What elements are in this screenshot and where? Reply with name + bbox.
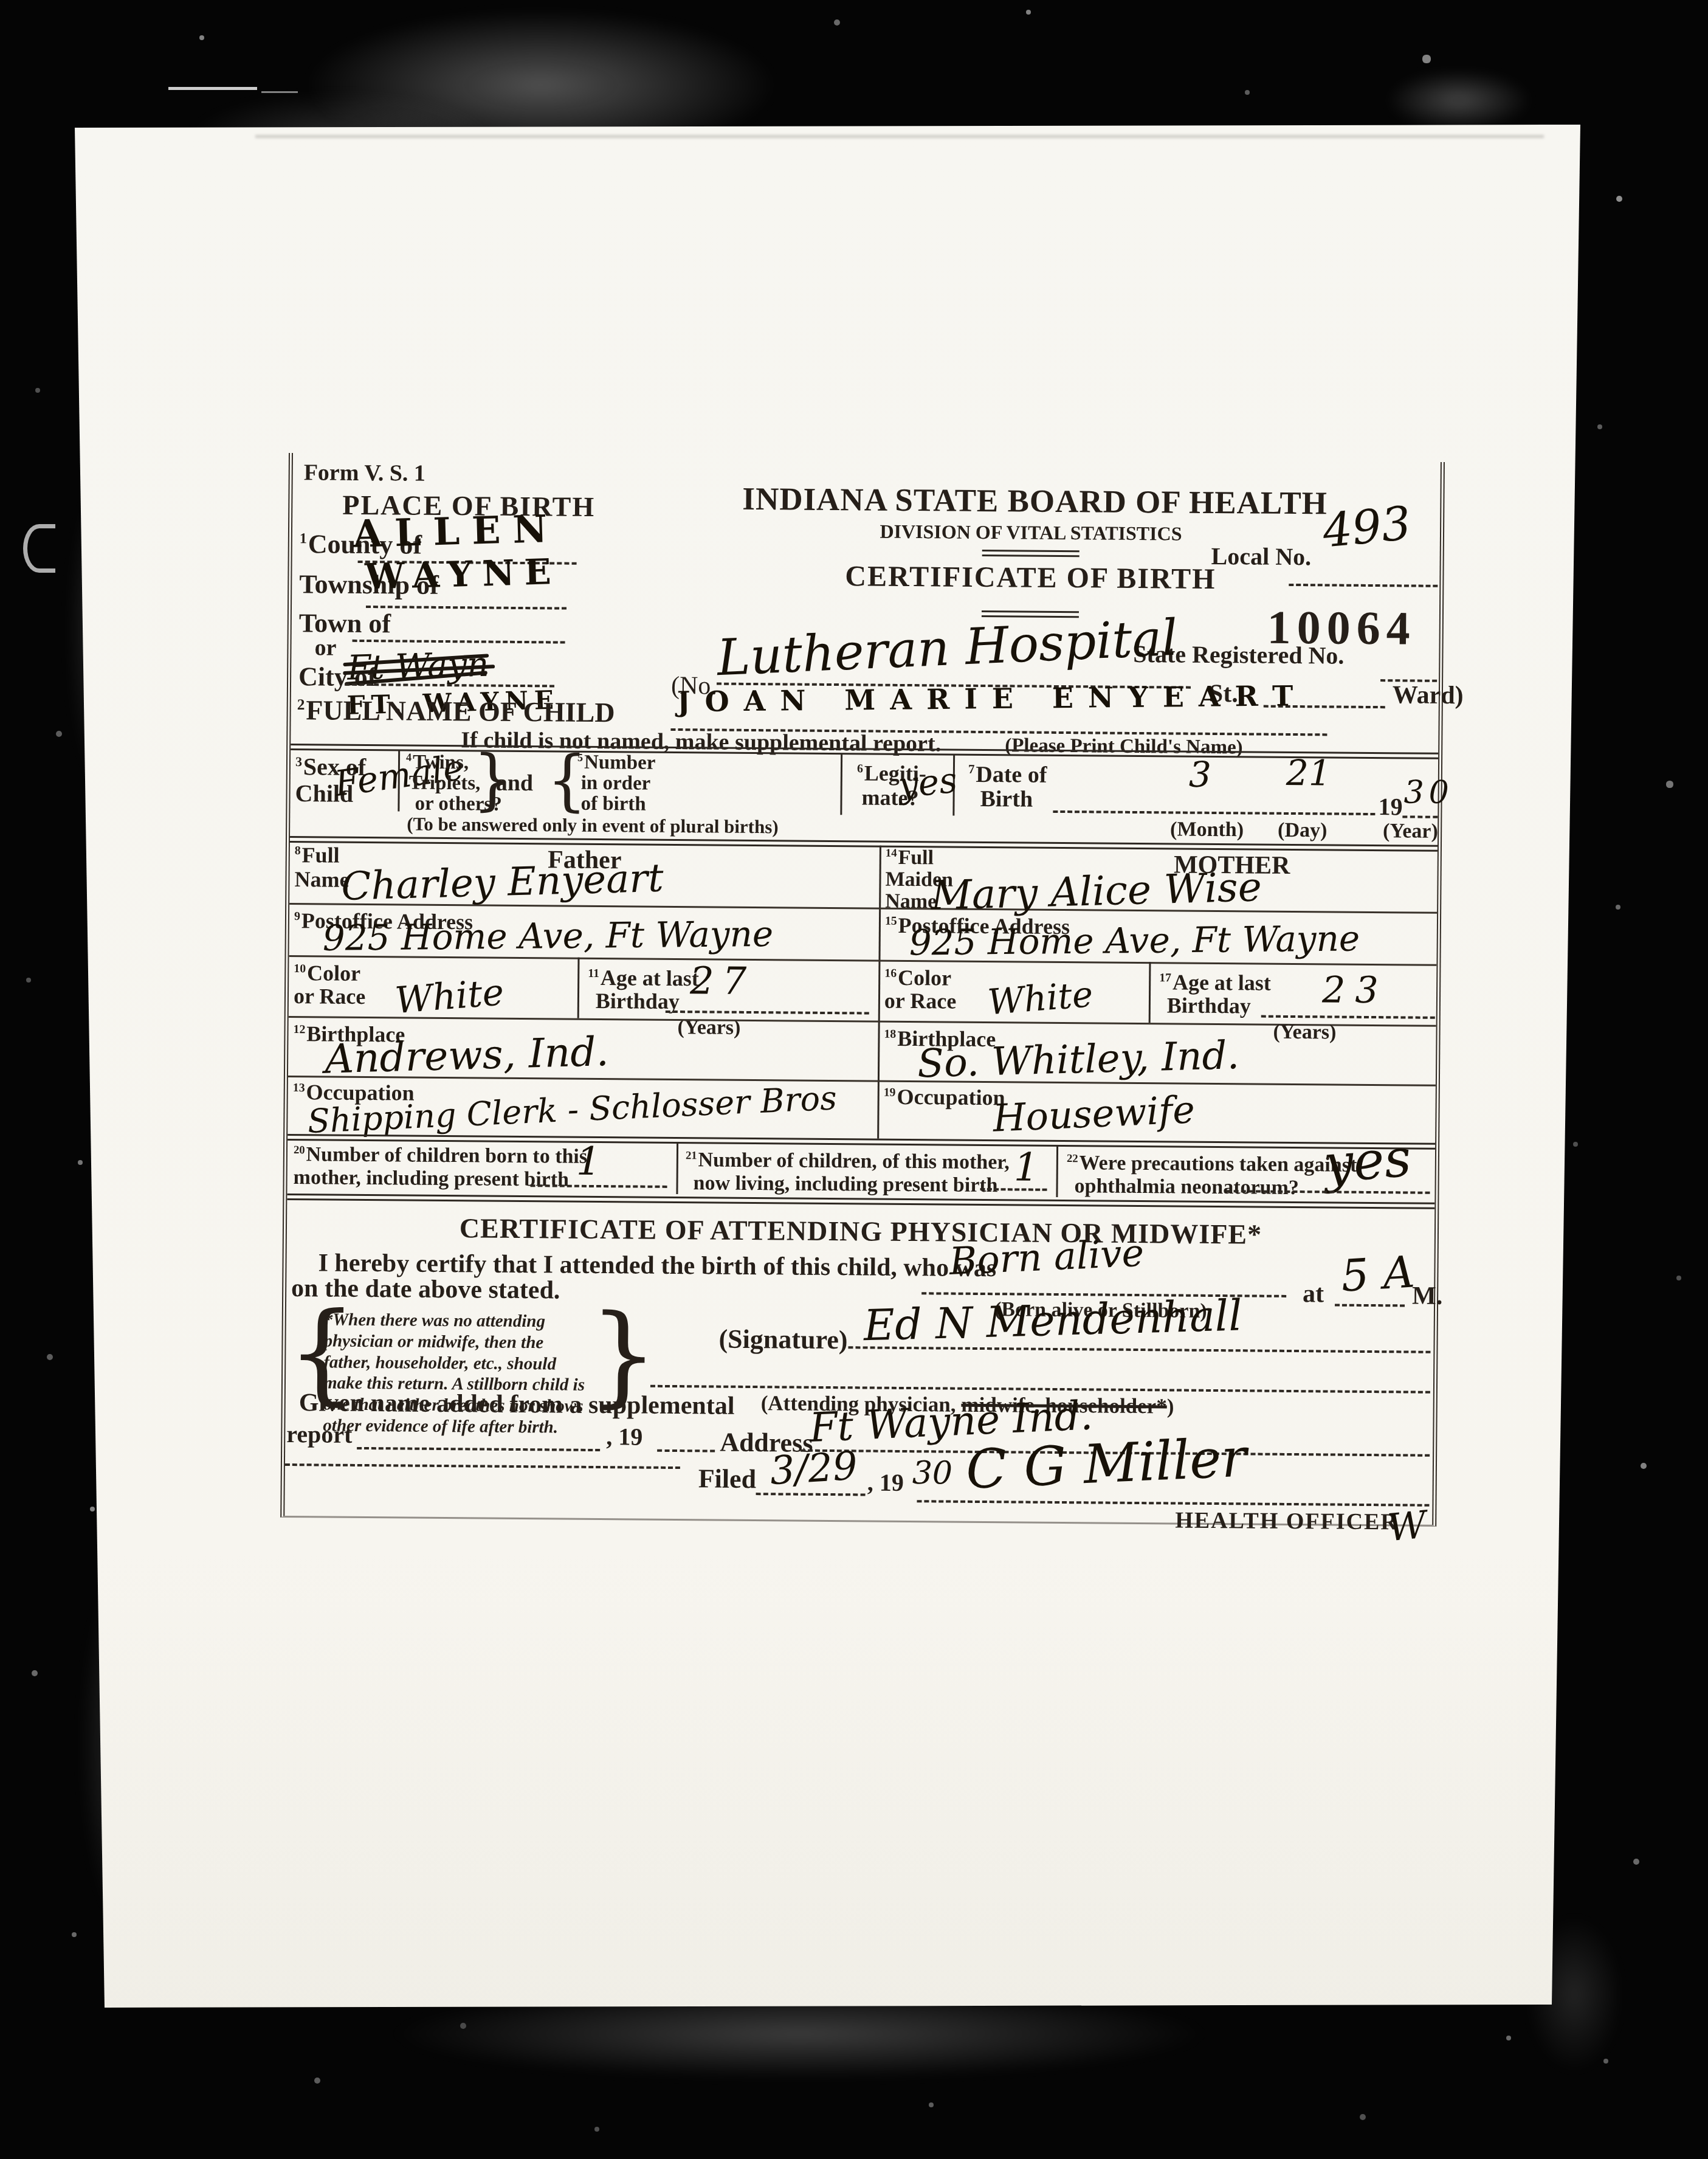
father-race-label-1: 10Color (294, 961, 360, 986)
signature-label: (Signature) (718, 1325, 847, 1355)
section-rule (290, 836, 1438, 852)
stillborn-footnote: *When there was no attending physician o… (323, 1309, 591, 1438)
plural-births-note: (To be answered only in event of plural … (407, 814, 779, 837)
twins-label-1: 4Twins, (406, 752, 469, 774)
given-name-note: Given name added from a supplemental (299, 1389, 735, 1420)
mother-name-label-1: 14Full (886, 847, 934, 869)
film-edge-notch (23, 524, 55, 573)
precautions-value: yes (1322, 1131, 1413, 1190)
report-year-prefix: , 19 (606, 1423, 642, 1450)
mother-occupation-label: 19Occupation (884, 1085, 1005, 1110)
signature-fill-line (848, 1346, 1430, 1353)
dob-label-2: Birth (980, 787, 1033, 812)
filing-mark: W (1386, 1506, 1428, 1547)
filed-year-value: 30 (912, 1457, 953, 1490)
at-label: at (1303, 1280, 1324, 1308)
children-born-label-2: mother, including present birth (293, 1167, 569, 1191)
children-living-label-2: now living, including present birth (693, 1172, 997, 1197)
mother-occupation-value: Housewife (992, 1091, 1196, 1138)
twins-label-2: Triplets, (409, 773, 481, 795)
month-caption: (Month) (1170, 818, 1244, 841)
or-label: or (314, 635, 336, 660)
film-scratch-mark (261, 91, 298, 93)
filed-fill-line (756, 1493, 866, 1496)
town-label: Town of (299, 609, 391, 638)
sheet-edge-shadow (255, 135, 1544, 138)
child-name-value: JOAN MARIE ENYEART (677, 682, 1308, 716)
number-order-label-3: of birth (580, 793, 646, 815)
local-no-label: Local No. (1211, 543, 1312, 570)
children-living-label-1: 21Number of children, of this mother, (686, 1149, 1010, 1174)
report-label: report (286, 1421, 352, 1448)
header-divider (982, 550, 1080, 557)
board-title: INDIANA STATE BOARD OF HEALTH (742, 482, 1320, 522)
physician-certificate-title: CERTIFICATE OF ATTENDING PHYSICIAN OR MI… (287, 1212, 1434, 1251)
township-fill-line (366, 606, 566, 610)
father-race-value: White (394, 974, 505, 1019)
father-age-label-1: 11Age at last (588, 966, 699, 990)
children-born-value: 1 (576, 1142, 601, 1181)
film-scratch-mark (168, 87, 257, 90)
county-value: ALLEN (353, 510, 560, 553)
born-alive-value: Born alive (948, 1234, 1145, 1280)
mother-address-value: 925 Home Ave, Ft Wayne (909, 921, 1360, 960)
time-fill-line (1335, 1304, 1405, 1307)
and-label: and (496, 771, 534, 796)
dob-year-fill-line (1402, 815, 1438, 818)
township-value: WAYNE (365, 554, 562, 595)
mother-age-fill-line (1261, 1015, 1435, 1019)
document-page: Form V. S. 1 PLACE OF BIRTH 1County of A… (0, 0, 1708, 2159)
father-name-value: Charley Enyeart (341, 859, 664, 907)
year-caption: (Year) (1383, 820, 1438, 843)
child-name-label: 2FULL NAME OF CHILD (297, 695, 615, 728)
state-registered-value: 10064 (1267, 602, 1416, 654)
mother-name-value: Mary Alice Wise (931, 867, 1262, 916)
film-speckles (0, 0, 2, 2)
legitimate-value: yes (897, 762, 959, 803)
cell-divider (1149, 962, 1151, 1023)
dob-fill-line (1053, 810, 1375, 815)
row-rule (289, 1016, 1436, 1027)
father-birthplace-value: Andrews, Ind. (324, 1032, 609, 1080)
cell-divider (1056, 1145, 1058, 1197)
mother-race-label-1: 16Color (884, 966, 951, 990)
dob-day-value: 21 (1286, 755, 1331, 791)
local-no-value: 493 (1321, 500, 1413, 554)
report-year-fill-line (657, 1449, 715, 1453)
filed-year-prefix: , 19 (867, 1470, 904, 1496)
health-officer-label: HEALTH OFFICER (1175, 1508, 1399, 1535)
division-subtitle: DIVISION OF VITAL STATISTICS (742, 520, 1320, 545)
film-smudge (1386, 70, 1532, 131)
dob-year-value: 30 (1403, 776, 1454, 809)
mother-age-value: 23 (1322, 972, 1388, 1009)
father-address-value: 925 Home Ave, Ft Wayne (323, 916, 774, 956)
birth-certificate-form: Form V. S. 1 PLACE OF BIRTH 1County of A… (280, 453, 1445, 1527)
filed-label: Filed (698, 1464, 757, 1493)
form-number: Form V. S. 1 (304, 460, 426, 486)
mother-age-label-1: 17Age at last (1159, 970, 1271, 995)
day-caption: (Day) (1278, 820, 1327, 842)
filed-date-value: 3/29 (769, 1446, 858, 1491)
children-born-label-1: 20Number of children born to this (294, 1144, 587, 1169)
father-age-value: 27 (690, 962, 755, 1000)
mother-birthplace-value: So. Whitley, Ind. (917, 1036, 1239, 1083)
column-divider (877, 846, 881, 1139)
mother-age-label-2: Birthday (1167, 993, 1251, 1018)
dob-month-value: 3 (1189, 757, 1211, 792)
signature-value: Ed N Mendenhall (863, 1294, 1242, 1347)
children-living-fill-line (980, 1188, 1047, 1191)
row-rule (288, 1076, 1436, 1086)
dob-label-1: 7Date of (968, 762, 1047, 788)
health-officer-fill-line (917, 1500, 1429, 1507)
report-fill-line (357, 1447, 600, 1451)
cell-divider (577, 958, 580, 1018)
father-name-label-1: 8Full (295, 843, 340, 867)
ward-label: Ward) (1393, 682, 1464, 710)
children-living-value: 1 (1014, 1148, 1039, 1187)
dob-year-prefix: 19 (1378, 793, 1402, 820)
m-label: M. (1412, 1283, 1443, 1311)
mother-name-label-3: Name (885, 891, 937, 913)
hospital-value: Lutheran Hospital (716, 613, 1179, 684)
father-age-fill-line (666, 1010, 869, 1015)
time-value: 5 A (1340, 1249, 1416, 1297)
mother-race-value: White (987, 976, 1094, 1020)
father-race-label-2: or Race (294, 984, 366, 1009)
town-fill-line (353, 640, 565, 644)
film-scan-background: Form V. S. 1 PLACE OF BIRTH 1County of A… (0, 0, 1708, 2159)
precautions-label-2: ophthalmia neonatorum? (1074, 1175, 1299, 1200)
number-order-label-2: in order (581, 773, 651, 795)
health-officer-signature: C G Miller (965, 1431, 1248, 1496)
cell-divider (676, 1142, 678, 1194)
number-order-label-1: 5Number (577, 752, 656, 775)
report-bottom-line (285, 1463, 680, 1469)
mother-race-label-2: or Race (884, 989, 957, 1014)
cell-divider (840, 754, 842, 815)
mother-age-years-caption: (Years) (1273, 1021, 1336, 1045)
precautions-label-1: 22Were precautions taken against (1067, 1152, 1357, 1176)
